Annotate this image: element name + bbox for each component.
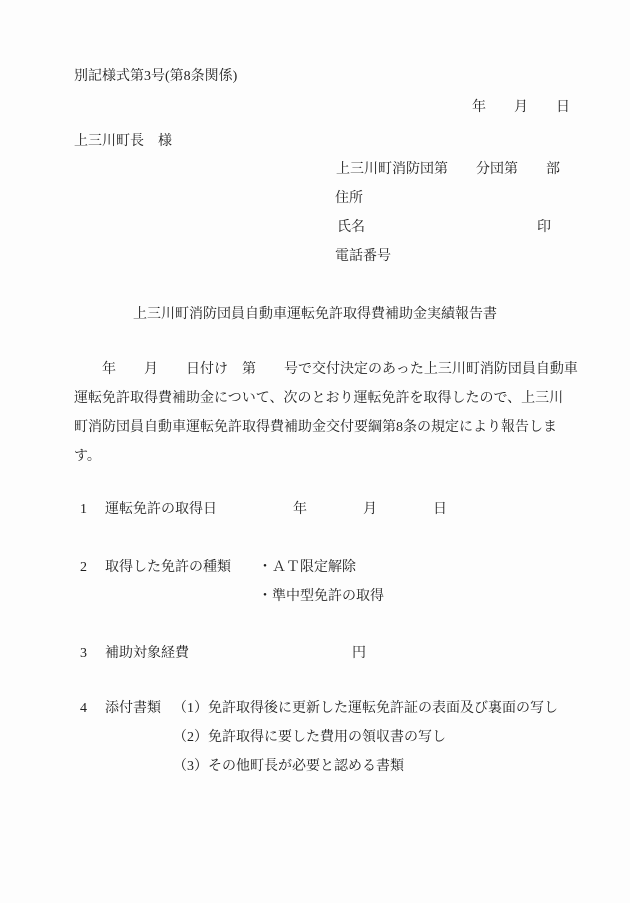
item-1-date-placeholder: 年 月 日 xyxy=(293,501,447,519)
body-line-1: 年 月 日付け 第 号で交付決定のあった上三川町消防団員自動車 xyxy=(74,358,578,378)
item-4-attachment-2: （2）免許取得に要した費用の領収書の写し xyxy=(173,729,446,747)
sender-organization: 上三川町消防団第 分団第 部 xyxy=(336,161,560,179)
form-number: 別記様式第3号(第8条関係) xyxy=(74,68,237,86)
date-line: 年 月 日 xyxy=(472,99,570,117)
body-line-3: 町消防団員自動車運転免許取得費補助金交付要綱第8条の規定により報告しま xyxy=(74,416,557,436)
body-line-2: 運転免許取得費補助金について、次のとおり運転免許を取得したので、上三川 xyxy=(74,387,563,407)
item-4-number: 4 xyxy=(80,700,87,718)
item-1-number: 1 xyxy=(80,501,87,519)
seal-label: 印 xyxy=(537,219,551,237)
item-2-option-semi-medium: ・準中型免許の取得 xyxy=(258,588,384,606)
item-4-attachment-3: （3）その他町長が必要と認める書類 xyxy=(173,758,404,776)
report-form-page: 別記様式第3号(第8条関係) 年 月 日 上三川町長 様 上三川町消防団第 分団… xyxy=(0,0,630,903)
document-title: 上三川町消防団員自動車運転免許取得費補助金実績報告書 xyxy=(0,303,630,323)
body-line-4: す。 xyxy=(74,445,101,465)
item-2-number: 2 xyxy=(80,559,87,577)
item-2-label: 取得した免許の種類 xyxy=(105,559,231,577)
address-label: 住所 xyxy=(335,190,363,208)
item-3-yen-unit: 円 xyxy=(352,645,366,663)
addressee: 上三川町長 様 xyxy=(74,133,172,151)
item-3-label: 補助対象経費 xyxy=(105,645,189,663)
phone-label: 電話番号 xyxy=(335,248,391,266)
item-4-label: 添付書類 xyxy=(105,700,161,718)
item-4-attachment-1: （1）免許取得後に更新した運転免許証の表面及び裏面の写し xyxy=(173,700,558,718)
item-2-option-at-limited: ・ＡＴ限定解除 xyxy=(258,559,356,577)
item-3-number: 3 xyxy=(80,645,87,663)
item-1-label: 運転免許の取得日 xyxy=(105,501,217,519)
name-label: 氏名 xyxy=(337,219,365,237)
